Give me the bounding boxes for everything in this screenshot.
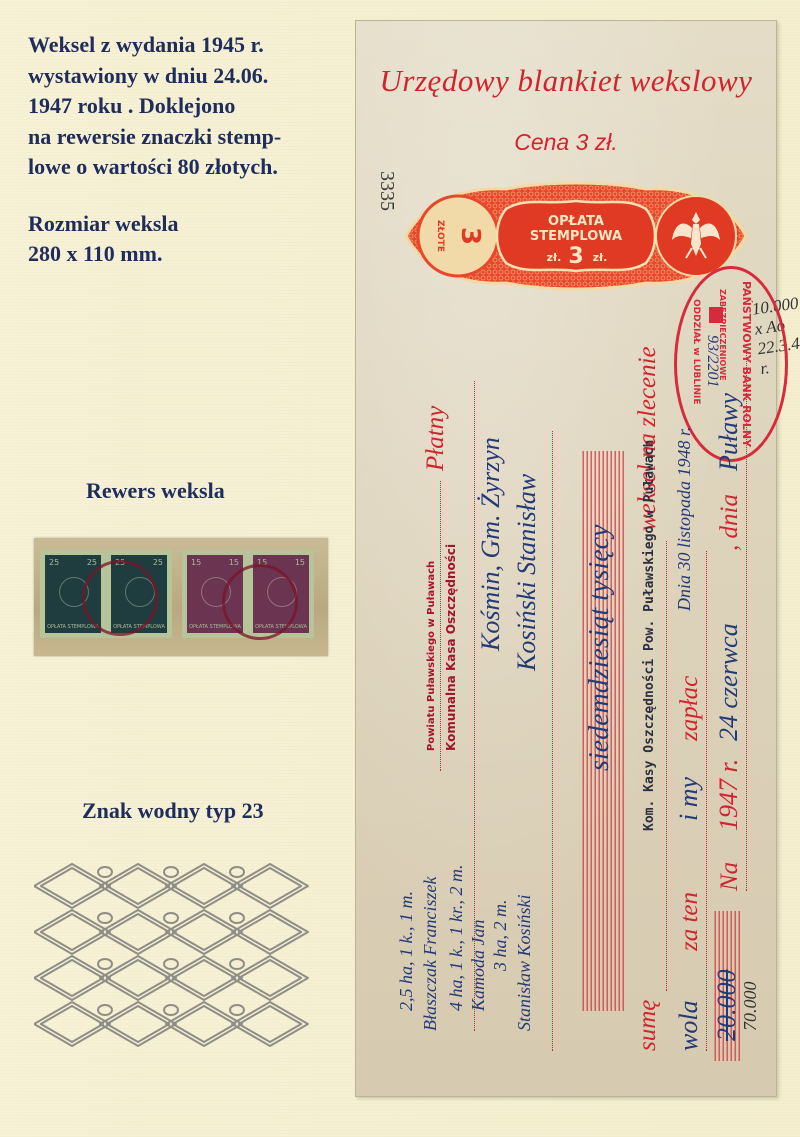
- drawer-address: Kośmin, Gm. Żyrzyn: [476, 437, 506, 651]
- form-line: [552, 431, 553, 1051]
- reverse-stamps-photo: 2525OPŁATA STEMPLOWA2525OPŁATA STEMPLOWA…: [34, 538, 328, 656]
- bill-of-exchange: Urzędowy blankiet wekslowy Cena 3 zł. 33…: [355, 20, 777, 1097]
- sum-label: sumę: [634, 1000, 662, 1051]
- stamp-duty-imprint: OPŁATA STEMPLOWA zł. 3 zł. 3 ZŁOTE: [396, 179, 756, 293]
- description-block: Weksel z wydania 1945 r. wystawiony w dn…: [28, 30, 358, 270]
- year-handwritten: 1947 r.: [714, 759, 744, 831]
- duty-currency-right: zł.: [593, 251, 608, 264]
- payable-stamp-line-2: Powiatu Puławskiego w Puławach: [426, 561, 437, 751]
- duty-amount: 3: [568, 244, 583, 269]
- description-paragraph: Weksel z wydania 1945 r. wystawiony w dn…: [28, 30, 358, 183]
- form-line: [706, 551, 707, 1051]
- duty-currency-left: zł.: [547, 251, 562, 264]
- watermark-title: Znak wodny typ 23: [82, 798, 264, 824]
- for-this-handwritten: wola: [674, 1000, 704, 1051]
- duty-side-unit: ZŁOTE: [435, 220, 445, 252]
- drawer-name: Kosiński Stanisław: [512, 474, 542, 671]
- payable-label: Płatny: [422, 406, 450, 471]
- na-label: Na: [716, 862, 744, 891]
- place-handwritten: Puławy: [714, 393, 744, 471]
- date-handwritten: 24 czerwca: [714, 623, 744, 741]
- amount-struck: 20.000: [712, 970, 742, 1042]
- bill-title: Urzędowy blankiet wekslowy: [356, 63, 776, 99]
- endorser-line: 3 ha, 2 m.: [490, 900, 511, 972]
- due-date-handwritten: Dnia 30 listopada 1948 r.: [674, 426, 695, 611]
- postmark: [222, 564, 298, 640]
- duty-line-2: STEMPLOWA: [530, 229, 622, 244]
- typed-payee: Kom. Kasy Oszczędności Pow. Puławskiego …: [642, 440, 657, 831]
- amount-corrected: 70.000: [740, 982, 761, 1032]
- endorser-line: Stanisław Kosiński: [514, 894, 535, 1031]
- watermark-lattice-illustration: [34, 856, 350, 1076]
- postmark: [82, 560, 158, 636]
- bill-form-body: Puławy , dnia 24 czerwca 1947 r. Na 20.0…: [384, 331, 754, 1071]
- endorser-line: 4 ha, 1 k., 1 kr., 2 m.: [446, 865, 467, 1012]
- pay-handwritten: i my: [674, 777, 704, 821]
- form-line: [746, 351, 747, 891]
- bank-stamp-mark: [709, 307, 723, 323]
- endorser-line: 2,5 ha, 1 k., 1 m.: [396, 891, 417, 1011]
- pay-label: zapłac: [676, 676, 704, 741]
- endorser-line: Kamoda Jan: [468, 920, 489, 1012]
- for-this-label: za ten: [676, 892, 704, 951]
- duty-side-value: 3: [455, 227, 485, 245]
- form-line: [440, 481, 441, 771]
- form-line: [666, 541, 667, 991]
- bill-price: Cena 3 zł.: [356, 129, 776, 156]
- serial-number: 3335: [375, 171, 398, 211]
- day-label: , dnia: [716, 494, 744, 551]
- endorser-line: Błaszczak Franciszek: [420, 877, 441, 1031]
- size-paragraph: Rozmiar weksla 280 x 110 mm.: [28, 209, 358, 270]
- reverse-title: Rewers weksla: [86, 478, 225, 504]
- duty-line-1: OPŁATA: [548, 214, 604, 229]
- sum-handwritten: siedemdziesiąt tysięcy: [584, 525, 616, 771]
- payable-stamp-line-1: Komunalna Kasa Oszczędności: [444, 544, 458, 751]
